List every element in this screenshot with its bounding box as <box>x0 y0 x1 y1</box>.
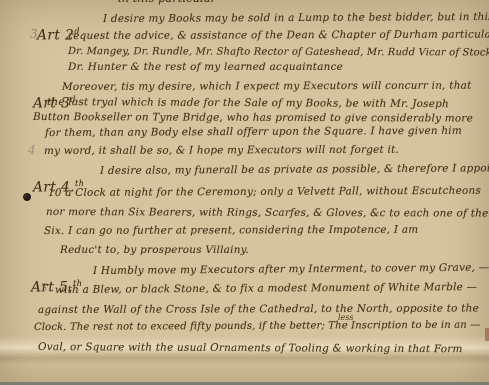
manuscript-line: 10 a Clock at night for the Ceremony; on… <box>48 185 481 199</box>
archival-number-4: 4 <box>28 143 36 157</box>
manuscript-line: Button Bookseller on Tyne Bridge, who ha… <box>33 111 473 125</box>
ink-blot <box>23 193 31 201</box>
manuscript-line: nor more than Six Bearers, with Rings, S… <box>46 206 489 220</box>
archival-number-5: 5 <box>40 281 48 295</box>
red-edge-mark <box>485 328 489 341</box>
manuscript-line: for them, than any Body else shall offer… <box>45 125 462 139</box>
manuscript-line: Dr. Hunter & the rest of my learned acqu… <box>68 61 343 73</box>
cropped-top-line: in this particular <box>118 0 216 5</box>
manuscript-line: my word, it shall be so, & I hope my Exe… <box>44 144 399 157</box>
manuscript-line: Reduc't to, by prosperous Villainy. <box>60 244 249 256</box>
manuscript-line: I desire my Books may be sold in a Lump … <box>103 11 489 25</box>
interlinear-insertion: less <box>338 313 354 322</box>
manuscript-photo: in this particular Art 2d 3 I desire my … <box>0 0 489 385</box>
manuscript-line: Moreover, tis my desire, which I expect … <box>62 80 472 93</box>
archival-number-3: 3 <box>30 27 38 41</box>
manuscript-line: request the advice, & assistance of the … <box>68 28 489 42</box>
manuscript-line: Dr. Mangey, Dr. Rundle, Mr. Shafto Recto… <box>68 46 489 59</box>
manuscript-line: Clock. The rest not to exceed fifty poun… <box>34 320 480 333</box>
manuscript-line: Oval, or Square with the usual Ornaments… <box>38 341 463 355</box>
manuscript-line: against the Wall of the Cross Isle of th… <box>38 302 479 316</box>
manuscript-line: the last tryal which is made for the Sal… <box>47 96 449 110</box>
manuscript-line: Six. I can go no further at present, con… <box>44 224 418 237</box>
